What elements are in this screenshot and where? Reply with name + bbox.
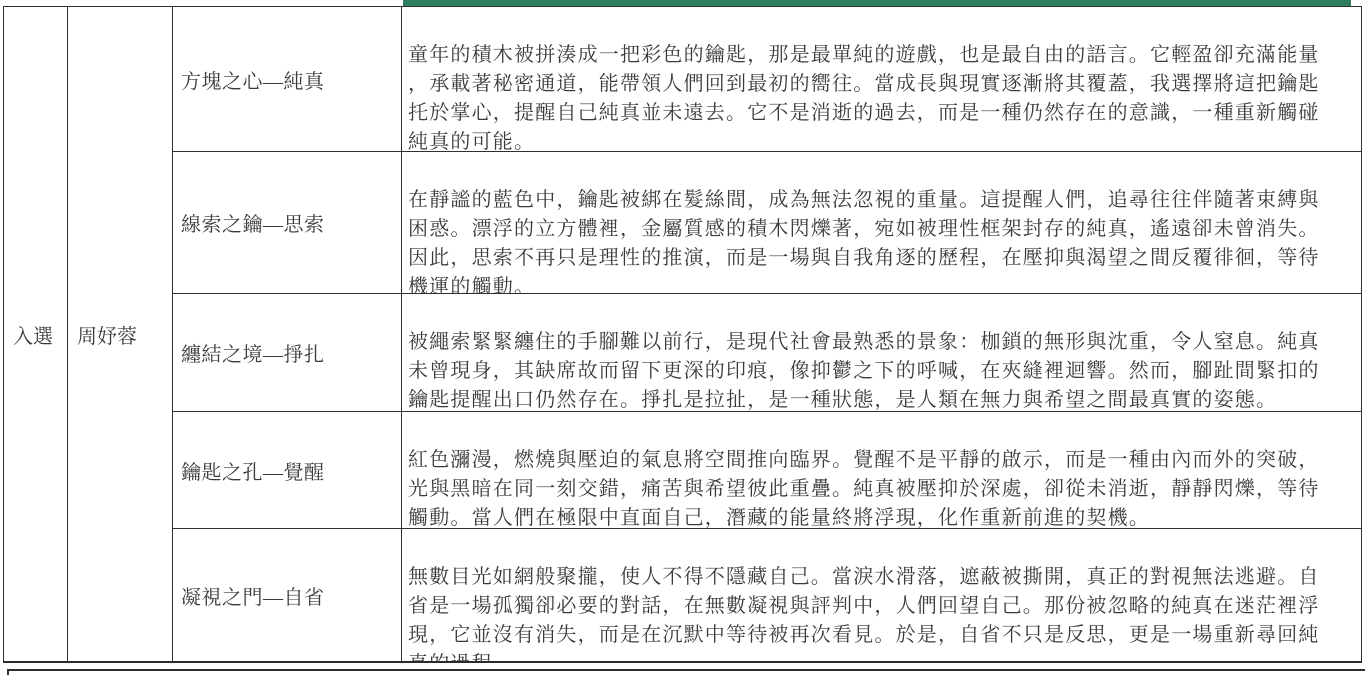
artwork-title-cell[interactable]: 鑰匙之孔—覺醒 xyxy=(173,412,402,529)
artwork-title: 鑰匙之孔—覺醒 xyxy=(181,456,325,485)
artwork-description-cell[interactable]: 被繩索緊緊纏住的手腳難以前行，是現代社會最熟悉的景象：枷鎖的無形與沈重，令人窒息… xyxy=(402,294,1361,412)
artwork-title: 線索之鑰—思索 xyxy=(181,208,325,237)
artwork-title: 纏結之境—掙扎 xyxy=(181,338,325,367)
artwork-title-cell[interactable]: 纏結之境—掙扎 xyxy=(173,294,402,412)
artwork-title: 方塊之心—純真 xyxy=(181,65,325,94)
artwork-description: 童年的積木被拼湊成一把彩色的鑰匙，那是最單純的遊戲，也是最自由的語言。它輕盈卻充… xyxy=(408,44,1320,152)
artwork-description-cell[interactable]: 紅色瀰漫，燃燒與壓迫的氣息將空間推向臨界。覺醒不是平靜的啟示，而是一種由內而外的… xyxy=(402,412,1361,529)
artwork-description-cell[interactable]: 無數目光如網般聚攏，使人不得不隱藏自己。當淚水滑落，遮蔽被撕開，真正的對視無法逃… xyxy=(402,529,1361,661)
status-label: 入選 xyxy=(13,320,53,349)
author-name: 周妤蓉 xyxy=(77,320,137,349)
artwork-title-cell[interactable]: 凝視之門—自省 xyxy=(173,529,402,661)
author-cell[interactable]: 周妤蓉 xyxy=(68,7,173,661)
artwork-description: 紅色瀰漫，燃燒與壓迫的氣息將空間推向臨界。覺醒不是平靜的啟示，而是一種由內而外的… xyxy=(408,449,1320,529)
artwork-title-cell[interactable]: 線索之鑰—思索 xyxy=(173,152,402,294)
spreadsheet-canvas: 入選 周妤蓉 方塊之心—純真 童年的積木被拼湊成一把彩色的鑰匙，那是最單純的遊戲… xyxy=(0,0,1365,675)
artwork-description: 被繩索緊緊纏住的手腳難以前行，是現代社會最熟悉的景象：枷鎖的無形與沈重，令人窒息… xyxy=(408,331,1320,411)
next-block-top-border xyxy=(7,669,1365,671)
artwork-title: 凝視之門—自省 xyxy=(181,581,325,610)
submission-table: 入選 周妤蓉 方塊之心—純真 童年的積木被拼湊成一把彩色的鑰匙，那是最單純的遊戲… xyxy=(3,6,1362,663)
artwork-title-cell[interactable]: 方塊之心—純真 xyxy=(173,7,402,152)
artwork-description-cell[interactable]: 童年的積木被拼湊成一把彩色的鑰匙，那是最單純的遊戲，也是最自由的語言。它輕盈卻充… xyxy=(402,7,1361,152)
artwork-description-cell[interactable]: 在靜謐的藍色中，鑰匙被綁在髮絲間，成為無法忽視的重量。這提醒人們，追尋往往伴隨著… xyxy=(402,152,1361,294)
artwork-description: 在靜謐的藍色中，鑰匙被綁在髮絲間，成為無法忽視的重量。這提醒人們，追尋往往伴隨著… xyxy=(408,189,1320,294)
next-block-left-border xyxy=(7,669,9,675)
artwork-description: 無數目光如網般聚攏，使人不得不隱藏自己。當淚水滑落，遮蔽被撕開，真正的對視無法逃… xyxy=(408,566,1320,661)
status-cell[interactable]: 入選 xyxy=(4,7,68,661)
